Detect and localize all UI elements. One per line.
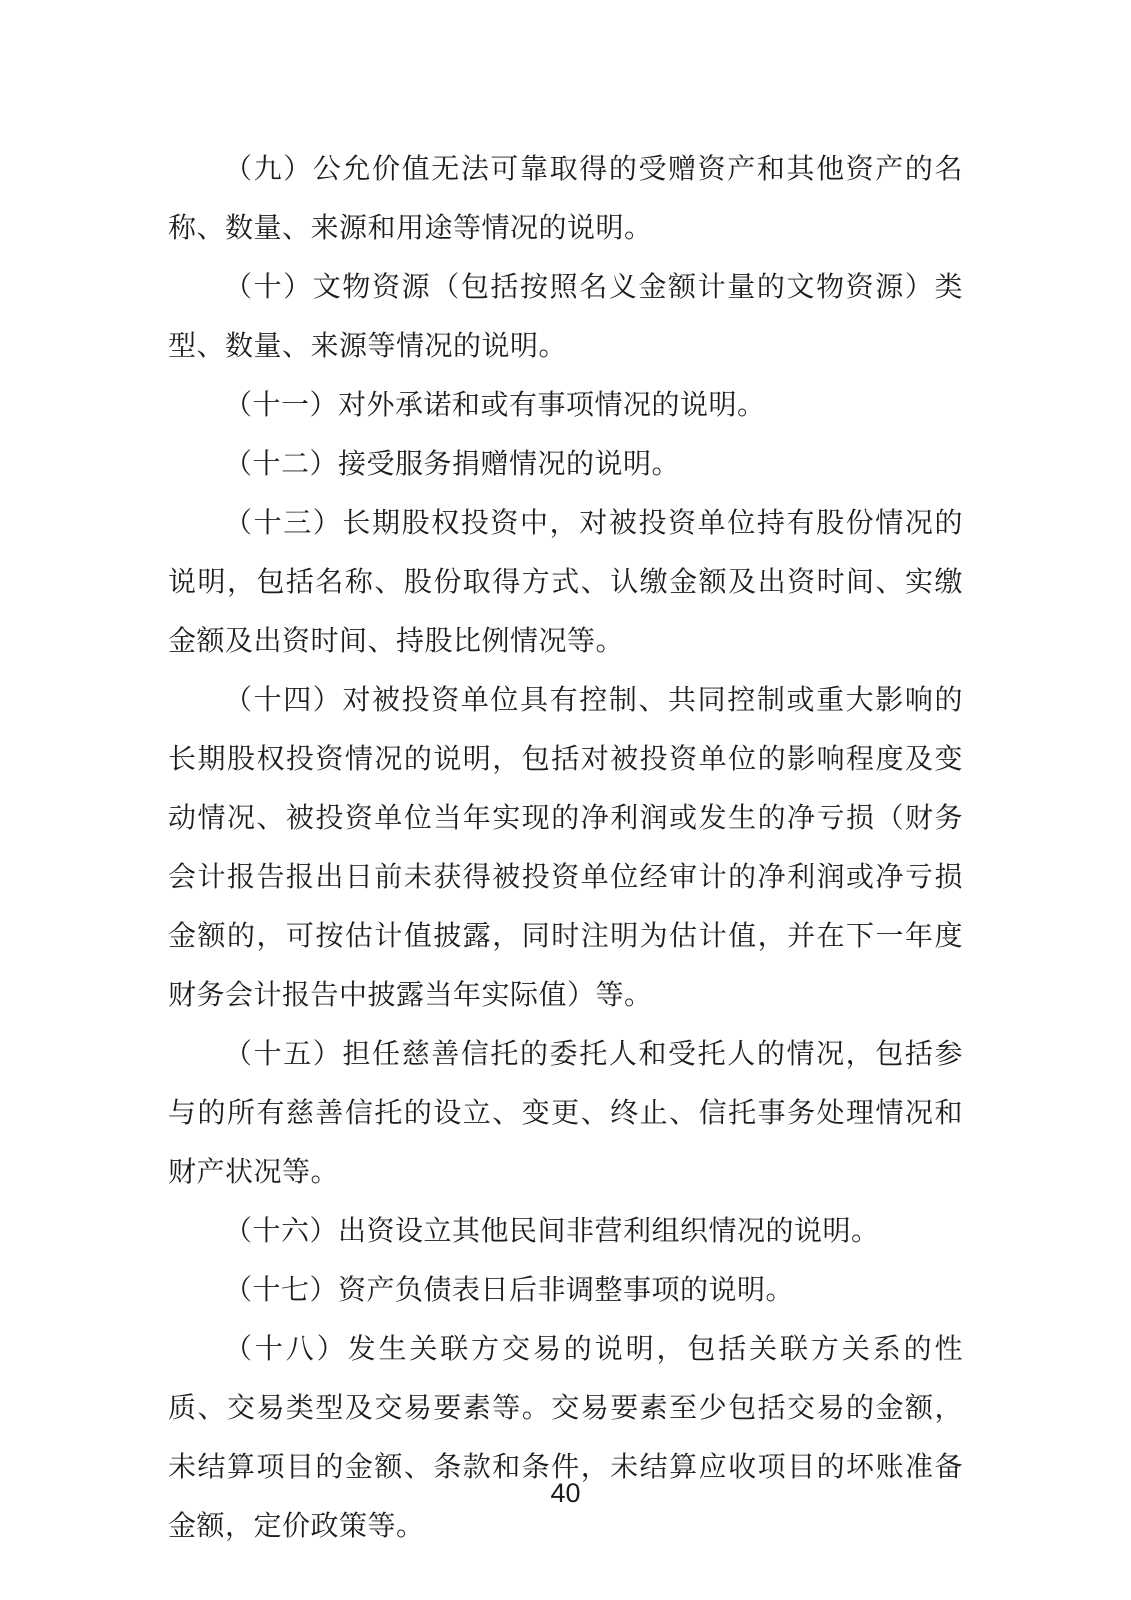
paragraph-item-9: （九）公允价值无法可靠取得的受赠资产和其他资产的名称、数量、来源和用途等情况的说… — [168, 140, 963, 258]
document-body: （九）公允价值无法可靠取得的受赠资产和其他资产的名称、数量、来源和用途等情况的说… — [168, 140, 963, 1556]
paragraph-item-18: （十八）发生关联方交易的说明，包括关联方关系的性质、交易类型及交易要素等。交易要… — [168, 1320, 963, 1556]
paragraph-item-10: （十）文物资源（包括按照名义金额计量的文物资源）类型、数量、来源等情况的说明。 — [168, 258, 963, 376]
document-page: （九）公允价值无法可靠取得的受赠资产和其他资产的名称、数量、来源和用途等情况的说… — [0, 0, 1131, 1600]
paragraph-item-14: （十四）对被投资单位具有控制、共同控制或重大影响的长期股权投资情况的说明，包括对… — [168, 671, 963, 1025]
paragraph-item-12: （十二）接受服务捐赠情况的说明。 — [168, 435, 963, 494]
paragraph-item-11: （十一）对外承诺和或有事项情况的说明。 — [168, 376, 963, 435]
page-number: 40 — [550, 1478, 580, 1508]
page-footer: 40 — [0, 1478, 1131, 1509]
paragraph-item-13: （十三）长期股权投资中，对被投资单位持有股份情况的说明，包括名称、股份取得方式、… — [168, 494, 963, 671]
paragraph-item-17: （十七）资产负债表日后非调整事项的说明。 — [168, 1261, 963, 1320]
paragraph-item-16: （十六）出资设立其他民间非营利组织情况的说明。 — [168, 1202, 963, 1261]
paragraph-item-15: （十五）担任慈善信托的委托人和受托人的情况，包括参与的所有慈善信托的设立、变更、… — [168, 1025, 963, 1202]
